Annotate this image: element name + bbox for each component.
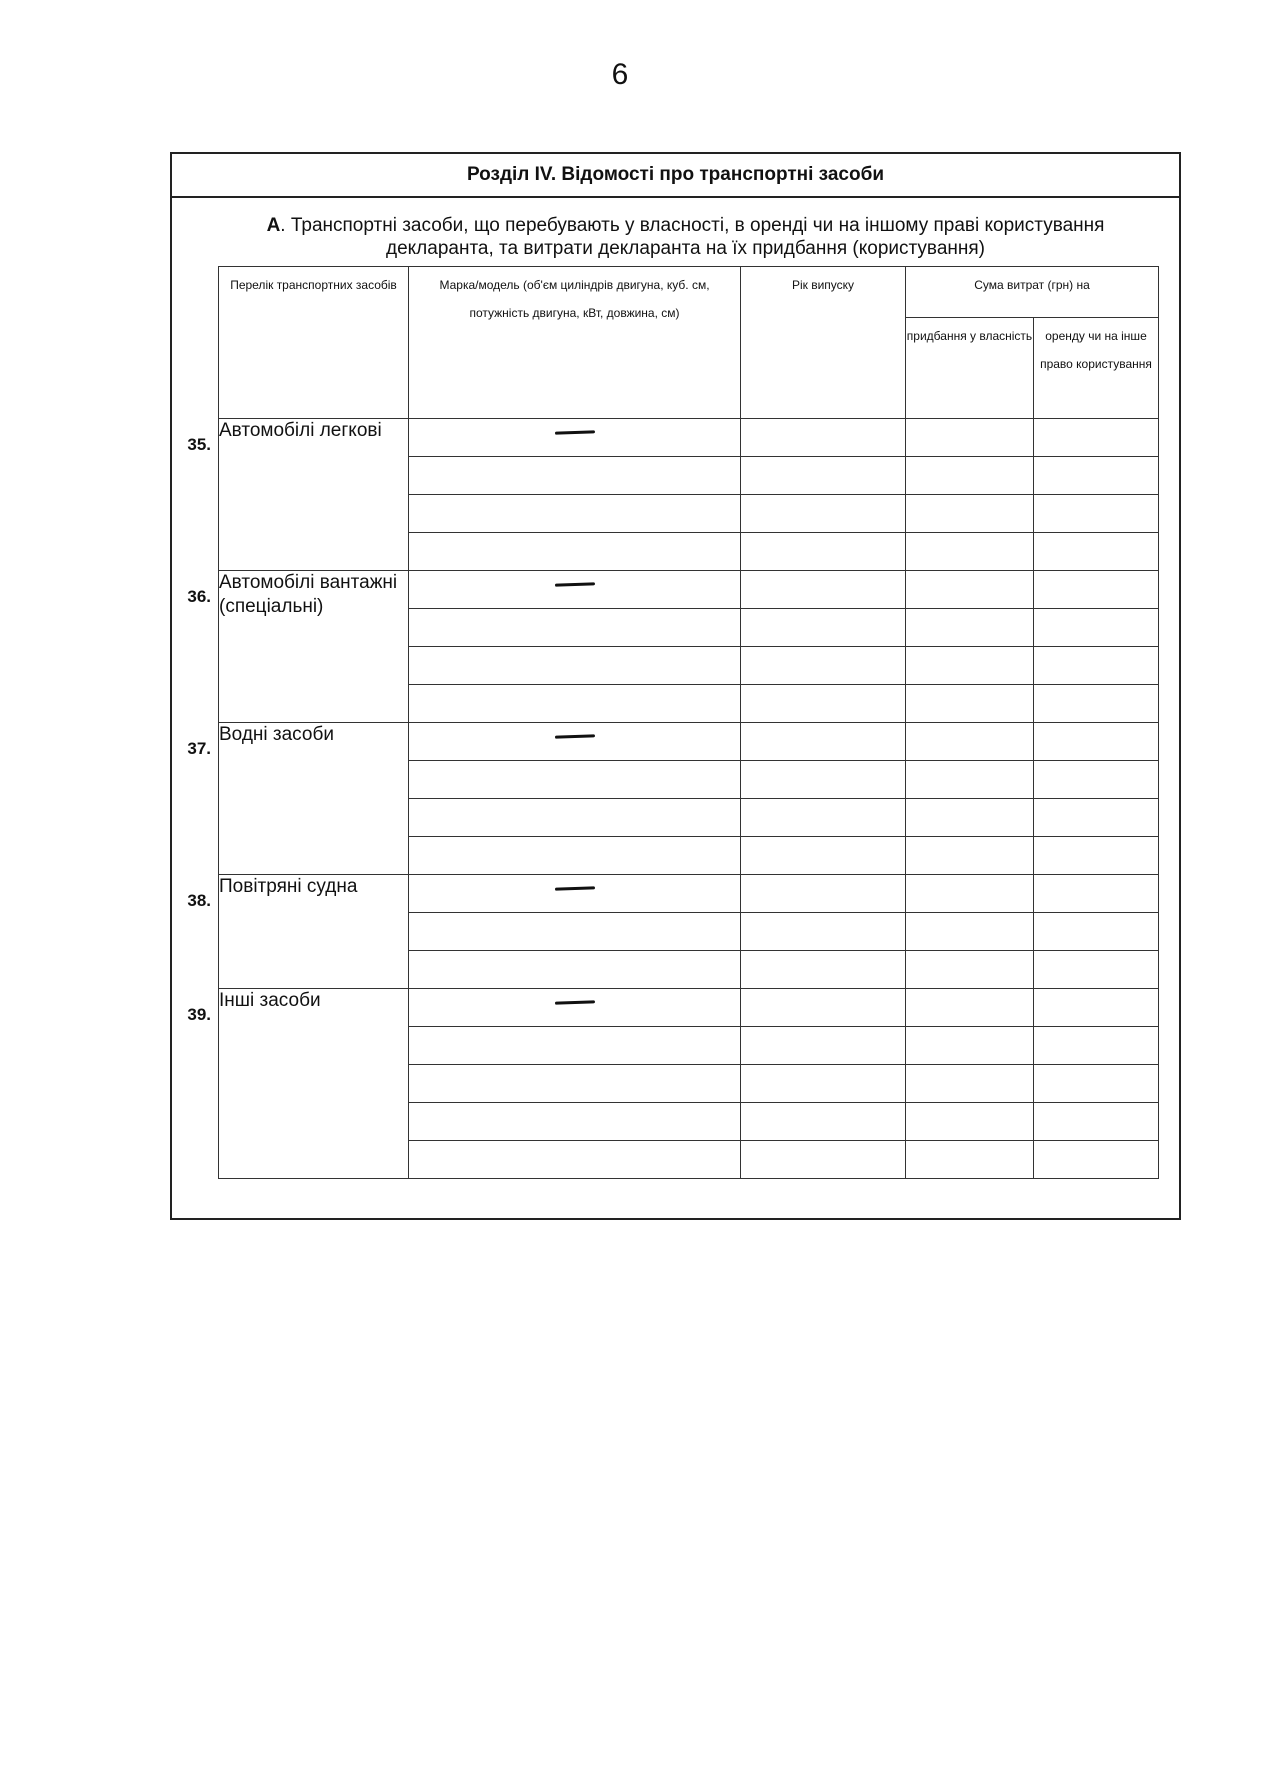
year-cell[interactable]: [741, 723, 906, 761]
rent-cost-cell[interactable]: [1034, 685, 1159, 723]
rent-cost-cell[interactable]: [1034, 419, 1159, 457]
year-cell[interactable]: [741, 1103, 906, 1141]
row-number: 37.: [175, 737, 211, 761]
model-cell[interactable]: [409, 685, 741, 723]
model-cell[interactable]: [409, 457, 741, 495]
purchase-cost-cell[interactable]: [906, 913, 1034, 951]
rent-cost-cell[interactable]: [1034, 875, 1159, 913]
purchase-cost-cell[interactable]: [906, 457, 1034, 495]
purchase-cost-cell[interactable]: [906, 761, 1034, 799]
model-cell[interactable]: [409, 571, 741, 609]
year-cell[interactable]: [741, 685, 906, 723]
subsection-letter: А: [267, 215, 281, 236]
purchase-cost-cell[interactable]: [906, 1103, 1034, 1141]
purchase-cost-cell[interactable]: [906, 951, 1034, 989]
model-cell[interactable]: [409, 913, 741, 951]
empty-dash-mark: [554, 734, 594, 738]
category-label: Автомобілі легкові: [219, 420, 382, 441]
model-cell[interactable]: [409, 951, 741, 989]
table-row: 37.Водні засоби: [219, 723, 1159, 761]
header-year: Рік випуску: [741, 267, 906, 419]
year-cell[interactable]: [741, 875, 906, 913]
section-title: Розділ IV. Відомості про транспортні зас…: [172, 154, 1179, 198]
purchase-cost-cell[interactable]: [906, 1141, 1034, 1179]
purchase-cost-cell[interactable]: [906, 685, 1034, 723]
empty-dash-mark: [554, 582, 594, 586]
rent-cost-cell[interactable]: [1034, 799, 1159, 837]
category-label: Повітряні судна: [219, 876, 357, 897]
purchase-cost-cell[interactable]: [906, 723, 1034, 761]
rent-cost-cell[interactable]: [1034, 761, 1159, 799]
purchase-cost-cell[interactable]: [906, 875, 1034, 913]
purchase-cost-cell[interactable]: [906, 1027, 1034, 1065]
header-vehicle-type: Перелік транспортних засобів: [219, 267, 409, 419]
model-cell[interactable]: [409, 1103, 741, 1141]
model-cell[interactable]: [409, 1027, 741, 1065]
category-label: Автомобілі вантажні (спеціальні): [219, 572, 397, 617]
model-cell[interactable]: [409, 495, 741, 533]
table-row: 38.Повітряні судна: [219, 875, 1159, 913]
purchase-cost-cell[interactable]: [906, 647, 1034, 685]
model-cell[interactable]: [409, 647, 741, 685]
model-cell[interactable]: [409, 419, 741, 457]
category-label: Водні засоби: [219, 724, 334, 745]
rent-cost-cell[interactable]: [1034, 533, 1159, 571]
header-expenses: Сума витрат (грн) на: [906, 267, 1159, 318]
year-cell[interactable]: [741, 419, 906, 457]
rent-cost-cell[interactable]: [1034, 495, 1159, 533]
year-cell[interactable]: [741, 647, 906, 685]
purchase-cost-cell[interactable]: [906, 571, 1034, 609]
purchase-cost-cell[interactable]: [906, 837, 1034, 875]
empty-dash-mark: [554, 430, 594, 434]
row-number: 38.: [175, 889, 211, 913]
model-cell[interactable]: [409, 533, 741, 571]
header-model: Марка/модель (об'єм циліндрів двигуна, к…: [409, 267, 741, 419]
row-number: 35.: [175, 433, 211, 457]
purchase-cost-cell[interactable]: [906, 419, 1034, 457]
empty-dash-mark: [554, 886, 594, 890]
year-cell[interactable]: [741, 989, 906, 1027]
row-number: 39.: [175, 1003, 211, 1027]
category-label: Інші засоби: [219, 990, 321, 1011]
year-cell[interactable]: [741, 761, 906, 799]
rent-cost-cell[interactable]: [1034, 647, 1159, 685]
vehicle-category: 38.Повітряні судна: [219, 875, 409, 989]
model-cell[interactable]: [409, 799, 741, 837]
rent-cost-cell[interactable]: [1034, 609, 1159, 647]
year-cell[interactable]: [741, 495, 906, 533]
purchase-cost-cell[interactable]: [906, 533, 1034, 571]
header-purchase: придбання у власність: [906, 318, 1034, 419]
model-cell[interactable]: [409, 761, 741, 799]
table-row: 36.Автомобілі вантажні (спеціальні): [219, 571, 1159, 609]
year-cell[interactable]: [741, 1141, 906, 1179]
page-number: 6: [0, 58, 1240, 92]
model-cell[interactable]: [409, 1065, 741, 1103]
header-rent: оренду чи на інше право користування: [1034, 318, 1159, 419]
purchase-cost-cell[interactable]: [906, 495, 1034, 533]
model-cell[interactable]: [409, 1141, 741, 1179]
rent-cost-cell[interactable]: [1034, 951, 1159, 989]
rent-cost-cell[interactable]: [1034, 837, 1159, 875]
subsection-a-title: А. Транспортні засоби, що перебувають у …: [212, 214, 1159, 260]
vehicles-table: Перелік транспортних засобів Марка/модел…: [218, 266, 1159, 1179]
rent-cost-cell[interactable]: [1034, 1141, 1159, 1179]
model-cell[interactable]: [409, 989, 741, 1027]
vehicles-table-body: 35.Автомобілі легкові36.Автомобілі ванта…: [219, 419, 1159, 1179]
purchase-cost-cell[interactable]: [906, 989, 1034, 1027]
model-cell[interactable]: [409, 723, 741, 761]
rent-cost-cell[interactable]: [1034, 723, 1159, 761]
subsection-text: . Транспортні засоби, що перебувають у в…: [280, 215, 1104, 259]
year-cell[interactable]: [741, 951, 906, 989]
purchase-cost-cell[interactable]: [906, 799, 1034, 837]
year-cell[interactable]: [741, 571, 906, 609]
vehicle-category: 37.Водні засоби: [219, 723, 409, 875]
purchase-cost-cell[interactable]: [906, 1065, 1034, 1103]
empty-dash-mark: [554, 1000, 594, 1004]
model-cell[interactable]: [409, 837, 741, 875]
rent-cost-cell[interactable]: [1034, 989, 1159, 1027]
year-cell[interactable]: [741, 837, 906, 875]
row-number: 36.: [175, 585, 211, 609]
year-cell[interactable]: [741, 1065, 906, 1103]
year-cell[interactable]: [741, 799, 906, 837]
rent-cost-cell[interactable]: [1034, 1027, 1159, 1065]
rent-cost-cell[interactable]: [1034, 1065, 1159, 1103]
vehicle-category: 39.Інші засоби: [219, 989, 409, 1179]
year-cell[interactable]: [741, 913, 906, 951]
section-iv-box: Розділ IV. Відомості про транспортні зас…: [170, 152, 1181, 1220]
model-cell[interactable]: [409, 609, 741, 647]
year-cell[interactable]: [741, 609, 906, 647]
rent-cost-cell[interactable]: [1034, 1103, 1159, 1141]
rent-cost-cell[interactable]: [1034, 571, 1159, 609]
vehicle-category: 36.Автомобілі вантажні (спеціальні): [219, 571, 409, 723]
model-cell[interactable]: [409, 875, 741, 913]
table-row: 35.Автомобілі легкові: [219, 419, 1159, 457]
year-cell[interactable]: [741, 457, 906, 495]
rent-cost-cell[interactable]: [1034, 913, 1159, 951]
year-cell[interactable]: [741, 533, 906, 571]
year-cell[interactable]: [741, 1027, 906, 1065]
vehicle-category: 35.Автомобілі легкові: [219, 419, 409, 571]
table-row: 39.Інші засоби: [219, 989, 1159, 1027]
purchase-cost-cell[interactable]: [906, 609, 1034, 647]
rent-cost-cell[interactable]: [1034, 457, 1159, 495]
